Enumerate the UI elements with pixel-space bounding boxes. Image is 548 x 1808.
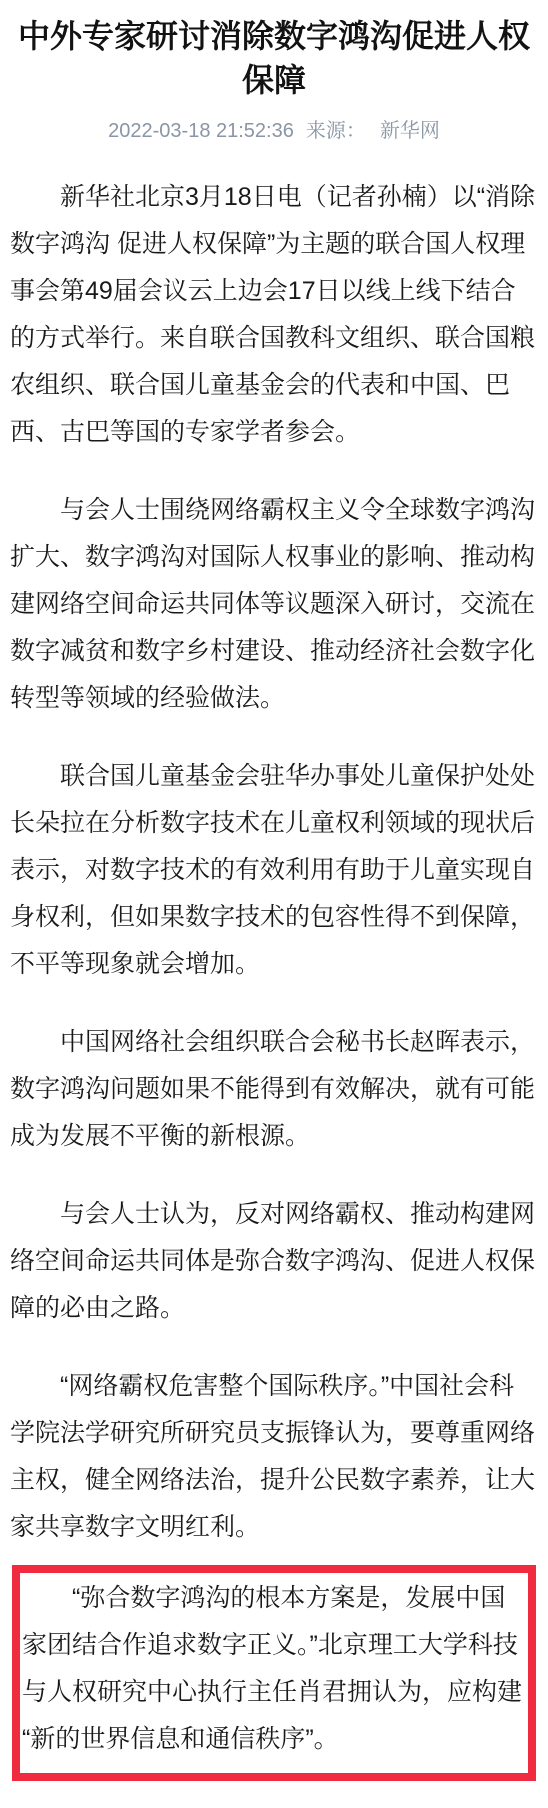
article-paragraph: “网络霸权危害整个国际秩序。”中国社会科学院法学研究所研究员支振锋认为，要尊重网… xyxy=(10,1363,538,1551)
article-title: 中外专家研讨消除数字鸿沟促进人权保障 xyxy=(16,14,532,102)
article-paragraph: 联合国儿童基金会驻华办事处儿童保护处处长朵拉在分析数字技术在儿童权利领域的现状后… xyxy=(10,753,538,988)
source-label: 来源： xyxy=(306,120,366,142)
source-name: 新华网 xyxy=(380,120,440,142)
article-paragraph: 中国网络社会组织联合会秘书长赵晖表示，数字鸿沟问题如果不能得到有效解决，就有可能… xyxy=(10,1019,538,1160)
publish-datetime: 2022-03-18 21:52:36 xyxy=(108,120,294,142)
article-body: 新华社北京3月18日电（记者孙楠）以“消除数字鸿沟 促进人权保障”为主题的联合国… xyxy=(0,174,548,1781)
paragraph-list: 新华社北京3月18日电（记者孙楠）以“消除数字鸿沟 促进人权保障”为主题的联合国… xyxy=(10,174,538,1551)
article-meta: 2022-03-18 21:52:36来源：新华网 xyxy=(0,114,548,143)
article-paragraph: 新华社北京3月18日电（记者孙楠）以“消除数字鸿沟 促进人权保障”为主题的联合国… xyxy=(10,174,538,456)
article-paragraph: 与会人士认为，反对网络霸权、推动构建网络空间命运共同体是弥合数字鸿沟、促进人权保… xyxy=(10,1191,538,1332)
highlight-annotation-box: “弥合数字鸿沟的根本方案是，发展中国家团结合作追求数字正义。”北京理工大学科技与… xyxy=(12,1565,536,1781)
article-page: 中外专家研讨消除数字鸿沟促进人权保障 2022-03-18 21:52:36来源… xyxy=(0,0,548,1781)
highlighted-paragraph: “弥合数字鸿沟的根本方案是，发展中国家团结合作追求数字正义。”北京理工大学科技与… xyxy=(20,1575,528,1763)
article-paragraph: 与会人士围绕网络霸权主义令全球数字鸿沟扩大、数字鸿沟对国际人权事业的影响、推动构… xyxy=(10,487,538,722)
